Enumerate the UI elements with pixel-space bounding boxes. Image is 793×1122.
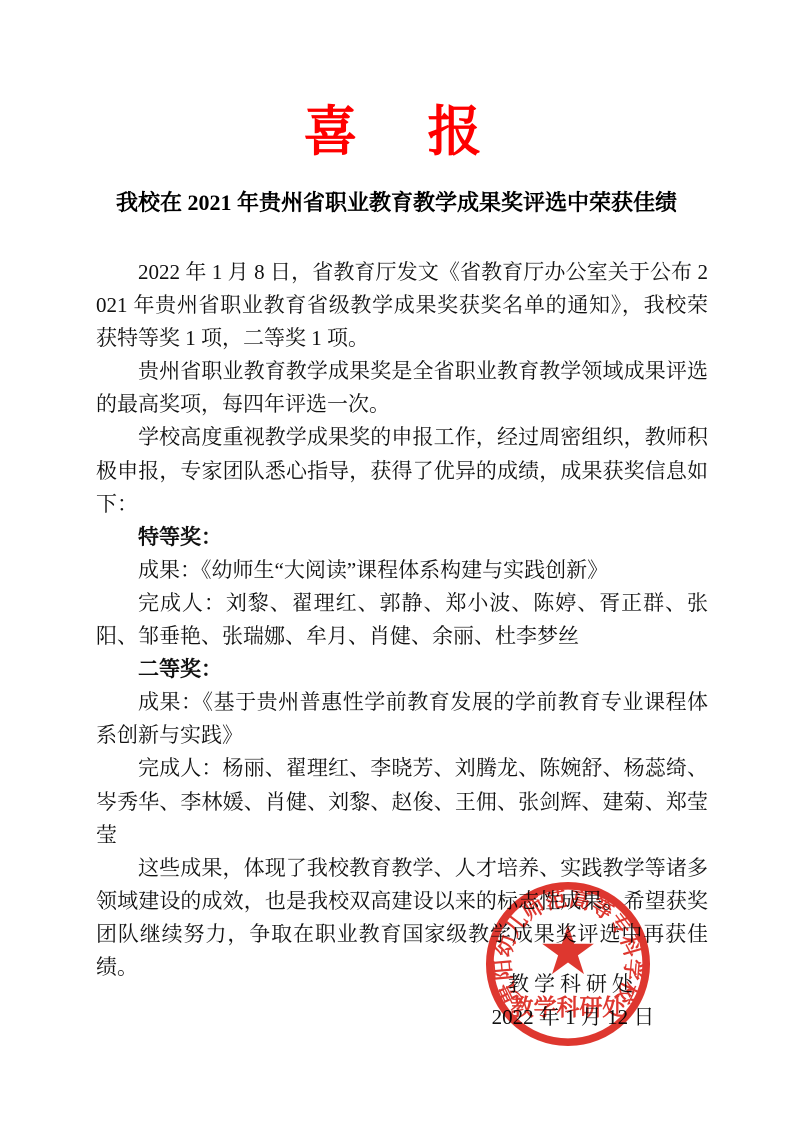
page-title: 喜 报 <box>0 0 793 168</box>
special-prize-members: 完成人：刘黎、翟理红、郭静、郑小波、陈婷、胥正群、张阳、邹垂艳、张瑞娜、牟月、肖… <box>96 587 708 653</box>
announcement-page: 喜 报 我校在 2021 年贵州省职业教育教学成果奖评选中荣获佳绩 2022 年… <box>0 0 793 1122</box>
special-prize-achievement: 成果：《幼师生“大阅读”课程体系构建与实践创新》 <box>96 554 708 587</box>
body-paragraphs: 2022 年 1 月 8 日，省教育厅发文《省教育厅办公室关于公布 2021 年… <box>96 256 708 984</box>
label-second-prize: 二等奖： <box>96 653 708 686</box>
para-notice: 2022 年 1 月 8 日，省教育厅发文《省教育厅办公室关于公布 2021 年… <box>96 256 708 355</box>
signature-department: 教学科研处 <box>468 968 678 1001</box>
label-special-prize: 特等奖： <box>96 521 708 554</box>
para-award-intro: 贵州省职业教育教学成果奖是全省职业教育教学领域成果评选的最高奖项，每四年评选一次… <box>96 355 708 421</box>
second-prize-achievement: 成果：《基于贵州普惠性学前教育发展的学前教育专业课程体系创新与实践》 <box>96 686 708 752</box>
page-subtitle: 我校在 2021 年贵州省职业教育教学成果奖评选中荣获佳绩 <box>20 186 773 220</box>
signature-block: 教学科研处 2022 年 1 月 12 日 <box>468 968 678 1034</box>
second-prize-members: 完成人：杨丽、翟理红、李晓芳、刘腾龙、陈婉舒、杨蕊绮、岑秀华、李林媛、肖健、刘黎… <box>96 752 708 851</box>
signature-date: 2022 年 1 月 12 日 <box>468 1001 678 1034</box>
para-closing: 这些成果，体现了我校教育教学、人才培养、实践教学等诸多领域建设的成效，也是我校双… <box>96 852 708 984</box>
para-application: 学校高度重视教学成果奖的申报工作，经过周密组织，教师积极申报，专家团队悉心指导，… <box>96 421 708 520</box>
